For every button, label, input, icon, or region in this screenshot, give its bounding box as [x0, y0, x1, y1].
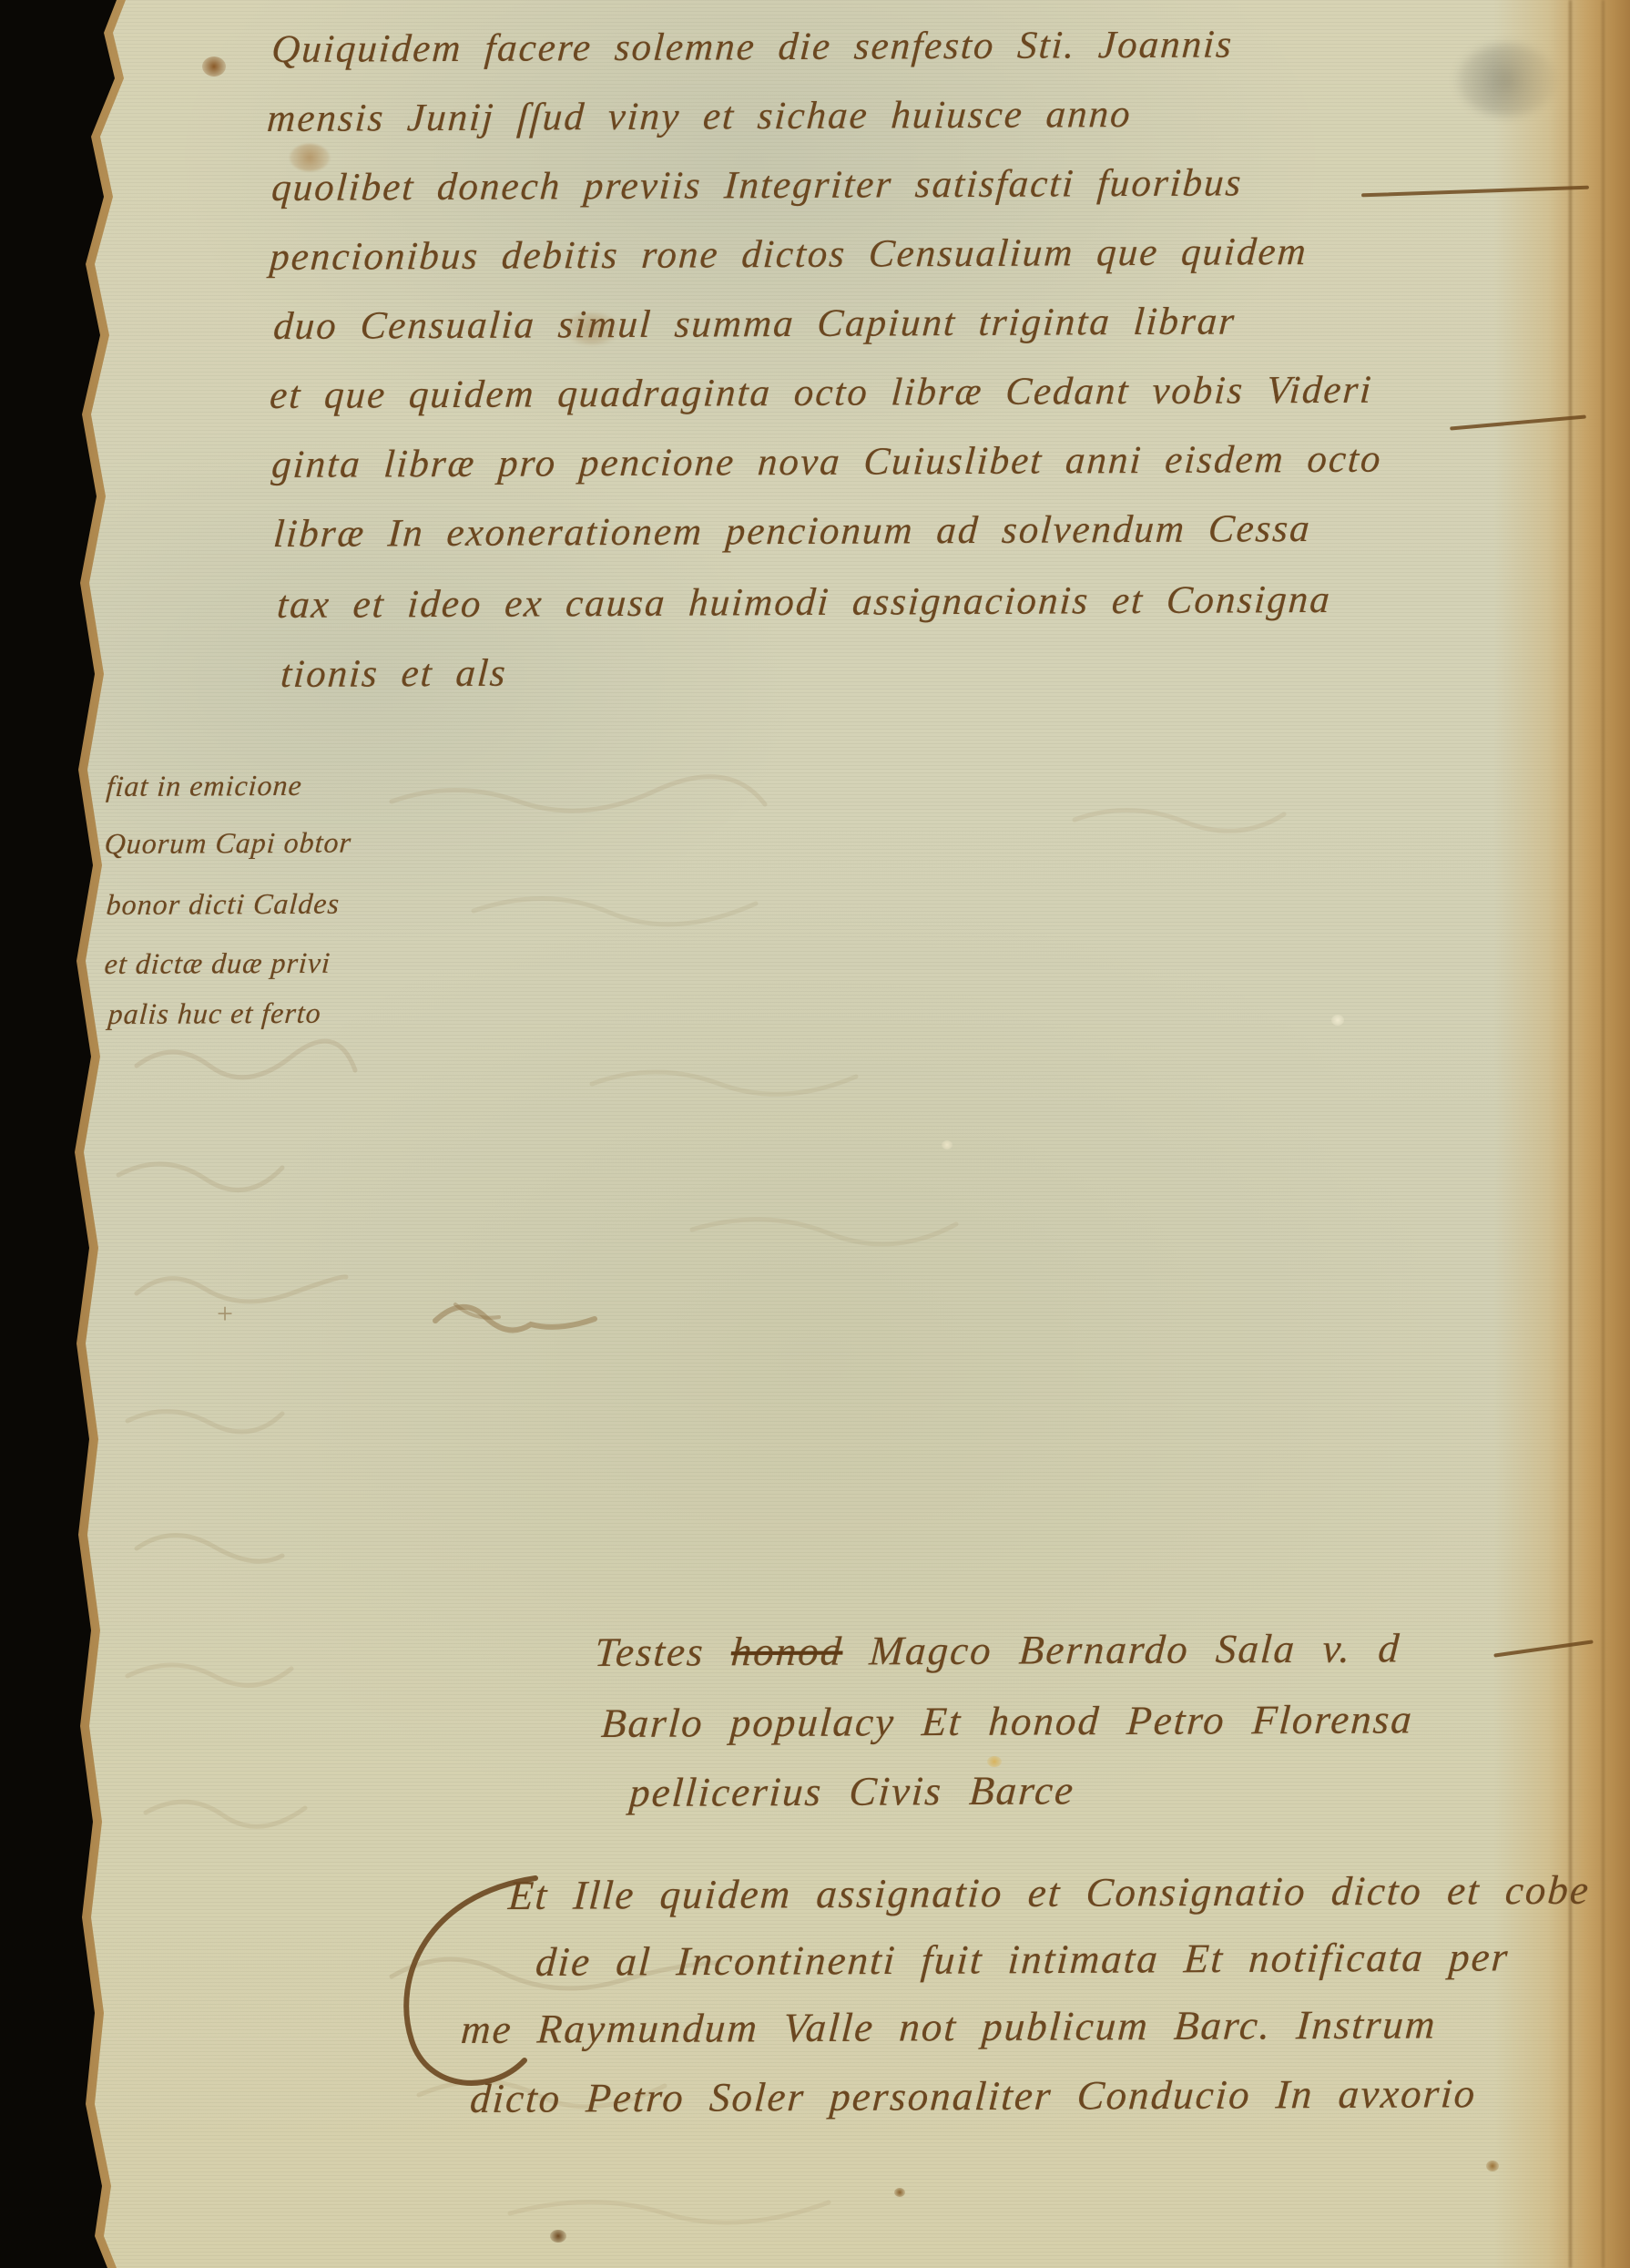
closing-clause-line: Et Ille quidem assignatio et Consignatio… — [507, 1866, 1592, 1919]
margin-note-line: et dictæ duæ privi — [104, 946, 332, 981]
manuscript-line: et que quidem quadraginta octo libræ Ced… — [269, 368, 1374, 418]
margin-note-line: fiat in emicione — [106, 769, 304, 803]
ink-blot — [550, 2230, 566, 2242]
light-fleck — [942, 1140, 953, 1149]
scanned-manuscript-page: { "document": { "kind": "handwritten not… — [0, 0, 1630, 2268]
closing-clause-line: dicto Petro Soler personaliter Conducio … — [469, 2069, 1478, 2122]
manuscript-line: quolibet donech previis Integriter satis… — [270, 160, 1244, 210]
manuscript-line: ginta libræ pro pencione nova Cuiuslibet… — [270, 437, 1383, 487]
rust-stain — [202, 56, 226, 77]
witness-clause-line: pellicerius Civis Barce — [628, 1766, 1076, 1816]
manuscript-line: libræ In exonerationem pencionum ad solv… — [272, 506, 1313, 557]
witness-text: Testes — [594, 1629, 733, 1675]
manuscript-line: mensis Junij ſſud viny et sichae huiusce… — [266, 92, 1134, 141]
manuscript-line: Quiquidem facere solemne die senfesto St… — [270, 22, 1235, 72]
margin-note-line: Quorum Capi obtor — [104, 826, 353, 861]
margin-note-line: palis huc et ferto — [107, 996, 322, 1031]
manuscript-line: tax et ideo ex causa huimodi assignacion… — [276, 577, 1333, 628]
fox-spot — [894, 2188, 905, 2197]
witness-clause-line: Testes honod Magco Bernardo Sala v. d — [594, 1624, 1402, 1676]
witness-text: Magco Bernardo Sala v. d — [841, 1625, 1402, 1673]
manuscript-line: duo Censualia simul summa Capiunt trigin… — [272, 299, 1238, 349]
manuscript-line: pencionibus debitis rone dictos Censuali… — [269, 230, 1309, 280]
closing-clause-line: me Raymundum Valle not publicum Barc. In… — [460, 2000, 1439, 2053]
gutter-crease-line — [1602, 0, 1605, 2268]
manuscript-line: tionis et als — [280, 651, 509, 697]
margin-note-line: bonor dicti Caldes — [106, 887, 341, 922]
closing-clause-line: die al Incontinenti fuit intimata Et not… — [535, 1933, 1511, 1986]
margin-cross-mark: + — [217, 1297, 233, 1331]
light-fleck — [1331, 1015, 1344, 1026]
witness-clause-line: Barlo populacy Et honod Petro Florensa — [600, 1695, 1415, 1747]
book-gutter-shading — [1493, 0, 1630, 2268]
struck-word: honod — [729, 1629, 844, 1675]
gold-fleck — [987, 1756, 1002, 1767]
gutter-crease-line — [1569, 0, 1572, 2268]
